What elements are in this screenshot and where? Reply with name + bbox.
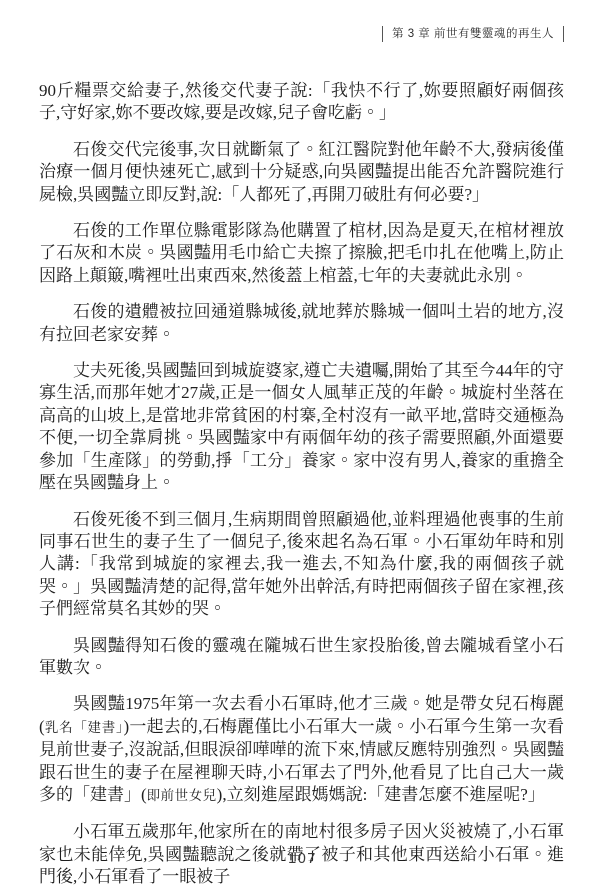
paragraph: 吳國豔得知石俊的靈魂在隴城石世生家投胎後,曾去隴城看望小石軍數次。	[39, 635, 564, 680]
body-text: 90斤糧票交給妻子,然後交代妻子說:「我快不行了,妳要照顧好兩個孩子,守好家,妳…	[39, 80, 564, 889]
paragraph: 丈夫死後,吳國豔回到城旋婆家,遵亡夫遺囑,開始了其至今44年的守寡生活,而那年她…	[39, 360, 564, 494]
text-run: 石俊死後不到三個月,生病期間曾照顧過他,並料理過他喪事的生前同事石世生的妻子生了…	[39, 510, 564, 619]
paragraph: 吳國豔1975年第一次去看小石軍時,他才三歲。她是帶女兒石梅麗(乳名「建書」)一…	[39, 693, 564, 807]
paragraph: 石俊交代完後事,次日就斷氣了。紅江醫院對他年齡不大,發病後僅治療一個月便快速死亡…	[39, 139, 564, 206]
page-number: 107	[0, 851, 605, 867]
page: 第 3 章 前世有雙靈魂的再生人 90斤糧票交給妻子,然後交代妻子說:「我快不行…	[0, 0, 605, 896]
paragraph: 石俊死後不到三個月,生病期間曾照顧過他,並料理過他喪事的生前同事石世生的妻子生了…	[39, 509, 564, 621]
text-run: ),立刻進屋跟媽媽說:「建書怎麼不進屋呢?」	[217, 785, 545, 804]
text-run: 90斤糧票交給妻子,然後交代妻子說:「我快不行了,妳要照顧好兩個孩子,守好家,妳…	[39, 81, 564, 122]
paragraph: 石俊的遺體被拉回通道縣城後,就地葬於縣城一個叫土岩的地方,沒有拉回老家安葬。	[39, 301, 564, 346]
annotation-run: 即前世女兒	[147, 788, 217, 803]
text-run: 石俊的工作單位縣電影隊為他購置了棺材,因為是夏天,在棺材裡放了石灰和木炭。吳國豔…	[39, 221, 564, 285]
text-run: 吳國豔得知石俊的靈魂在隴城石世生家投胎後,曾去隴城看望小石軍數次。	[39, 636, 564, 677]
annotation-run: 乳名「建書」	[45, 720, 124, 735]
chapter-title: 第 3 章 前世有雙靈魂的再生人	[382, 26, 564, 42]
paragraph: 90斤糧票交給妻子,然後交代妻子說:「我快不行了,妳要照顧好兩個孩子,守好家,妳…	[39, 80, 564, 125]
running-header: 第 3 章 前世有雙靈魂的再生人	[39, 26, 564, 43]
text-run: 石俊交代完後事,次日就斷氣了。紅江醫院對他年齡不大,發病後僅治療一個月便快速死亡…	[39, 140, 564, 204]
paragraph: 石俊的工作單位縣電影隊為他購置了棺材,因為是夏天,在棺材裡放了石灰和木炭。吳國豔…	[39, 220, 564, 287]
text-run: 丈夫死後,吳國豔回到城旋婆家,遵亡夫遺囑,開始了其至今44年的守寡生活,而那年她…	[39, 361, 564, 492]
text-run: 石俊的遺體被拉回通道縣城後,就地葬於縣城一個叫土岩的地方,沒有拉回老家安葬。	[39, 302, 564, 343]
